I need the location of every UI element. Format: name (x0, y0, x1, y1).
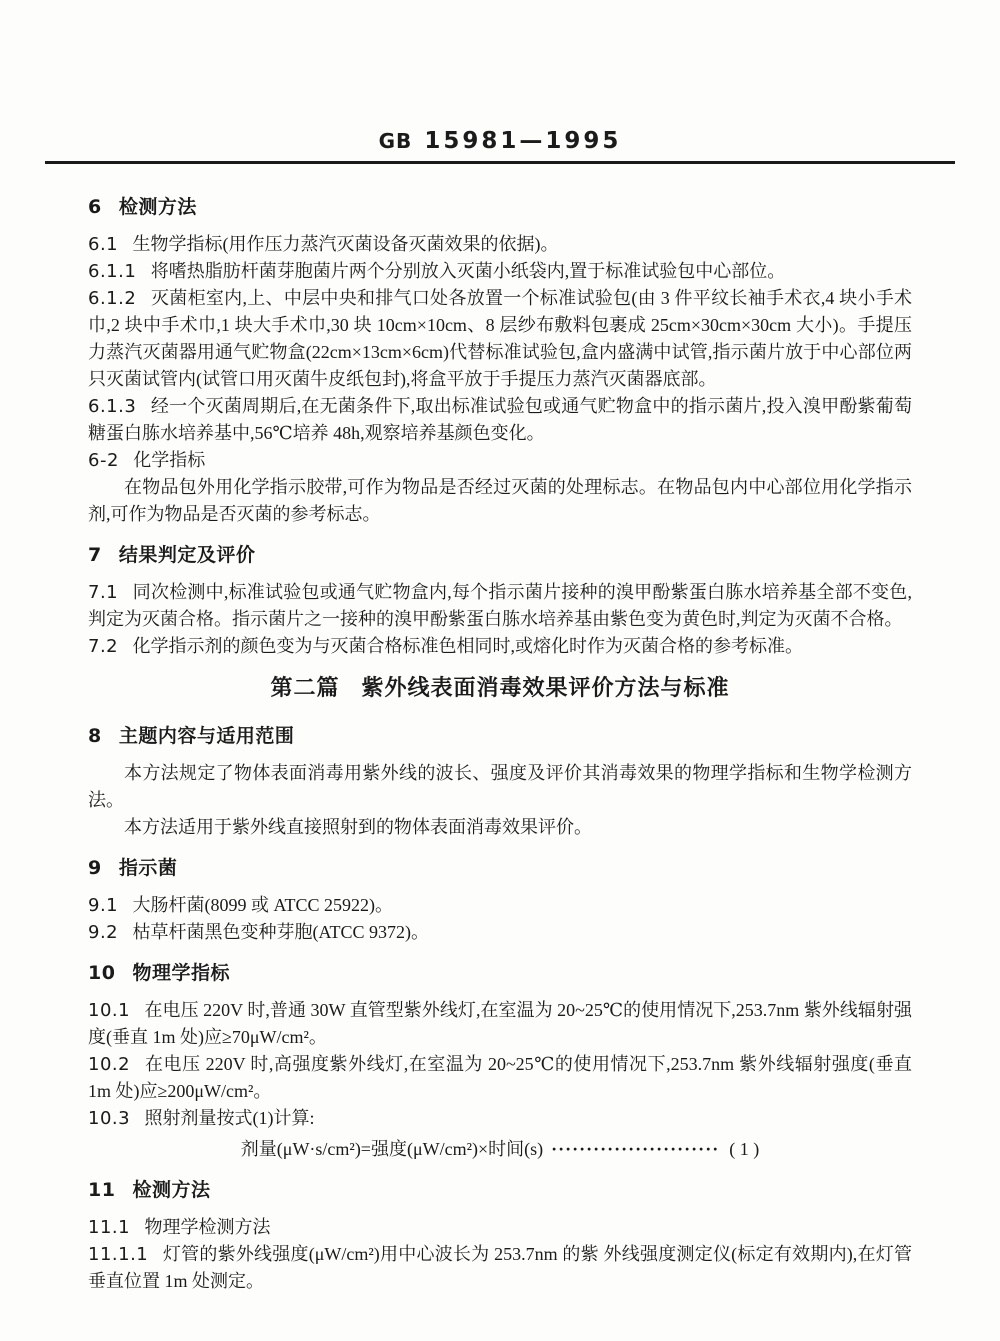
clause-text: 大肠杆菌(8099 或 ATCC 25922)。 (133, 895, 394, 915)
doc-code-number: 15981—1995 (424, 128, 621, 154)
section-heading-10: 10物理学指标 (88, 959, 912, 988)
clause-paragraph-6.1: 6.1生物学指标(用作压力蒸汽灭菌设备灭菌效果的依据)。 (88, 231, 912, 258)
clause-text: 枯草杆菌黑色变种芽胞(ATCC 9372)。 (133, 922, 430, 942)
clause-number: 9 (88, 857, 102, 879)
clause-number: 6 (88, 196, 102, 218)
clause-number: 11.1.1 (88, 1244, 148, 1265)
clause-number: 10 (88, 962, 115, 984)
doc-header: GB15981—1995 (0, 0, 1000, 154)
clause-text: 同次检测中,标准试验包或通气贮物盒内,每个指示菌片接种的溴甲酚紫蛋白胨水培养基全… (88, 582, 912, 629)
clause-text: 在物品包外用化学指示胶带,可作为物品是否经过灭菌的处理标志。在物品包内中心部位用… (88, 477, 912, 524)
clause-paragraph-6.1.2: 6.1.2灭菌柜室内,上、中层中央和排气口处各放置一个标准试验包(由 3 件平纹… (88, 285, 912, 393)
section-heading-8: 8主题内容与适用范围 (88, 722, 912, 751)
clause-text: 本方法适用于紫外线直接照射到的物体表面消毒效果评价。 (124, 817, 592, 837)
section-heading-9: 9指示菌 (88, 854, 912, 883)
clause-paragraph-11.1: 11.1物理学检测方法 (88, 1214, 912, 1241)
clause-paragraph-10.2: 10.2在电压 220V 时,高强度紫外线灯,在室温为 20~25℃的使用情况下… (88, 1051, 912, 1105)
clause-number: 10.2 (88, 1054, 130, 1075)
formula-dot-leader: ························ (551, 1139, 719, 1159)
clause-text: 灭菌柜室内,上、中层中央和排气口处各放置一个标准试验包(由 3 件平纹长袖手术衣… (88, 288, 912, 389)
body-paragraph: 在物品包外用化学指示胶带,可作为物品是否经过灭菌的处理标志。在物品包内中心部位用… (88, 474, 912, 528)
clause-text: 在电压 220V 时,高强度紫外线灯,在室温为 20~25℃的使用情况下,253… (88, 1054, 912, 1101)
clause-text: 化学指标 (133, 450, 205, 470)
section-heading-6: 6检测方法 (88, 193, 912, 222)
clause-number: 11.1 (88, 1217, 130, 1238)
clause-number: 10.1 (88, 1000, 130, 1021)
clause-number: 7.2 (88, 636, 118, 657)
clause-number: 11 (88, 1179, 115, 1201)
clause-text: 检测方法 (119, 197, 197, 218)
clause-text: 结果判定及评价 (119, 545, 256, 566)
header-rule (45, 161, 955, 164)
section-heading-7: 7结果判定及评价 (88, 541, 912, 570)
clause-paragraph-6.1.1: 6.1.1将嗜热脂肪杆菌芽胞菌片两个分别放入灭菌小纸袋内,置于标准试验包中心部位… (88, 258, 912, 285)
formula-number: ( 1 ) (729, 1139, 759, 1159)
formula-line: 剂量(μW·s/cm²)=强度(μW/cm²)×时间(s)···········… (88, 1136, 912, 1163)
clause-number: 9.1 (88, 895, 118, 916)
clause-text: 紫外线表面消毒效果评价方法与标准 (362, 675, 730, 700)
clause-paragraph-11.1.1: 11.1.1灯管的紫外线强度(μW/cm²)用中心波长为 253.7nm 的紫 … (88, 1241, 912, 1295)
body-paragraph: 本方法适用于紫外线直接照射到的物体表面消毒效果评价。 (88, 814, 912, 841)
clause-paragraph-6.1.3: 6.1.3经一个灭菌周期后,在无菌条件下,取出标准试验包或通气贮物盒中的指示菌片… (88, 393, 912, 447)
clause-text: 照射剂量按式(1)计算: (144, 1108, 314, 1128)
clause-paragraph-10.3: 10.3照射剂量按式(1)计算: (88, 1105, 912, 1132)
doc-code-prefix: GB (379, 129, 413, 153)
clause-number: 9.2 (88, 922, 118, 943)
clause-text: 灯管的紫外线强度(μW/cm²)用中心波长为 253.7nm 的紫 外线强度测定… (88, 1244, 912, 1291)
clause-number: 6.1.1 (88, 261, 136, 282)
clause-paragraph-7.2: 7.2化学指示剂的颜色变为与灭菌合格标准色相同时,或熔化时作为灭菌合格的参考标准… (88, 633, 912, 660)
clause-number: 7.1 (88, 582, 118, 603)
clause-number: 6.1.3 (88, 396, 136, 417)
document-body: 6检测方法6.1生物学指标(用作压力蒸汽灭菌设备灭菌效果的依据)。6.1.1将嗜… (0, 193, 1000, 1325)
clause-text: 经一个灭菌周期后,在无菌条件下,取出标准试验包或通气贮物盒中的指示菌片,投入溴甲… (88, 396, 912, 443)
clause-text: 本方法规定了物体表面消毒用紫外线的波长、强度及评价其消毒效果的物理学指标和生物学… (88, 763, 912, 810)
clause-text: 检测方法 (133, 1180, 211, 1201)
clause-paragraph-6-2: 6-2化学指标 (88, 447, 912, 474)
clause-text: 物理学检测方法 (144, 1217, 270, 1237)
clause-number: 10.3 (88, 1108, 130, 1129)
clause-text: 物理学指标 (133, 963, 231, 984)
body-paragraph: 本方法规定了物体表面消毒用紫外线的波长、强度及评价其消毒效果的物理学指标和生物学… (88, 760, 912, 814)
section-heading-11: 11检测方法 (88, 1176, 912, 1205)
clause-number: 6-2 (88, 450, 119, 471)
clause-number: 8 (88, 725, 102, 747)
part-title: 第二篇紫外线表面消毒效果评价方法与标准 (88, 672, 912, 704)
clause-text: 化学指示剂的颜色变为与灭菌合格标准色相同时,或熔化时作为灭菌合格的参考标准。 (133, 636, 804, 656)
formula-expression: 剂量(μW·s/cm²)=强度(μW/cm²)×时间(s) (241, 1139, 543, 1159)
part-label: 第二篇 (270, 675, 339, 700)
clause-number: 6.1 (88, 234, 118, 255)
clause-number: 7 (88, 544, 102, 566)
clause-text: 在电压 220V 时,普通 30W 直管型紫外线灯,在室温为 20~25℃的使用… (88, 1000, 912, 1047)
clause-number: 6.1.2 (88, 288, 136, 309)
clause-paragraph-9.1: 9.1大肠杆菌(8099 或 ATCC 25922)。 (88, 892, 912, 919)
document-page: GB15981—1995 6检测方法6.1生物学指标(用作压力蒸汽灭菌设备灭菌效… (0, 0, 1000, 1341)
clause-paragraph-9.2: 9.2枯草杆菌黑色变种芽胞(ATCC 9372)。 (88, 919, 912, 946)
clause-text: 生物学指标(用作压力蒸汽灭菌设备灭菌效果的依据)。 (133, 234, 559, 254)
clause-text: 将嗜热脂肪杆菌芽胞菌片两个分别放入灭菌小纸袋内,置于标准试验包中心部位。 (151, 261, 786, 281)
clause-paragraph-7.1: 7.1同次检测中,标准试验包或通气贮物盒内,每个指示菌片接种的溴甲酚紫蛋白胨水培… (88, 579, 912, 633)
clause-text: 主题内容与适用范围 (119, 726, 295, 747)
clause-paragraph-10.1: 10.1在电压 220V 时,普通 30W 直管型紫外线灯,在室温为 20~25… (88, 997, 912, 1051)
clause-text: 指示菌 (119, 858, 178, 879)
